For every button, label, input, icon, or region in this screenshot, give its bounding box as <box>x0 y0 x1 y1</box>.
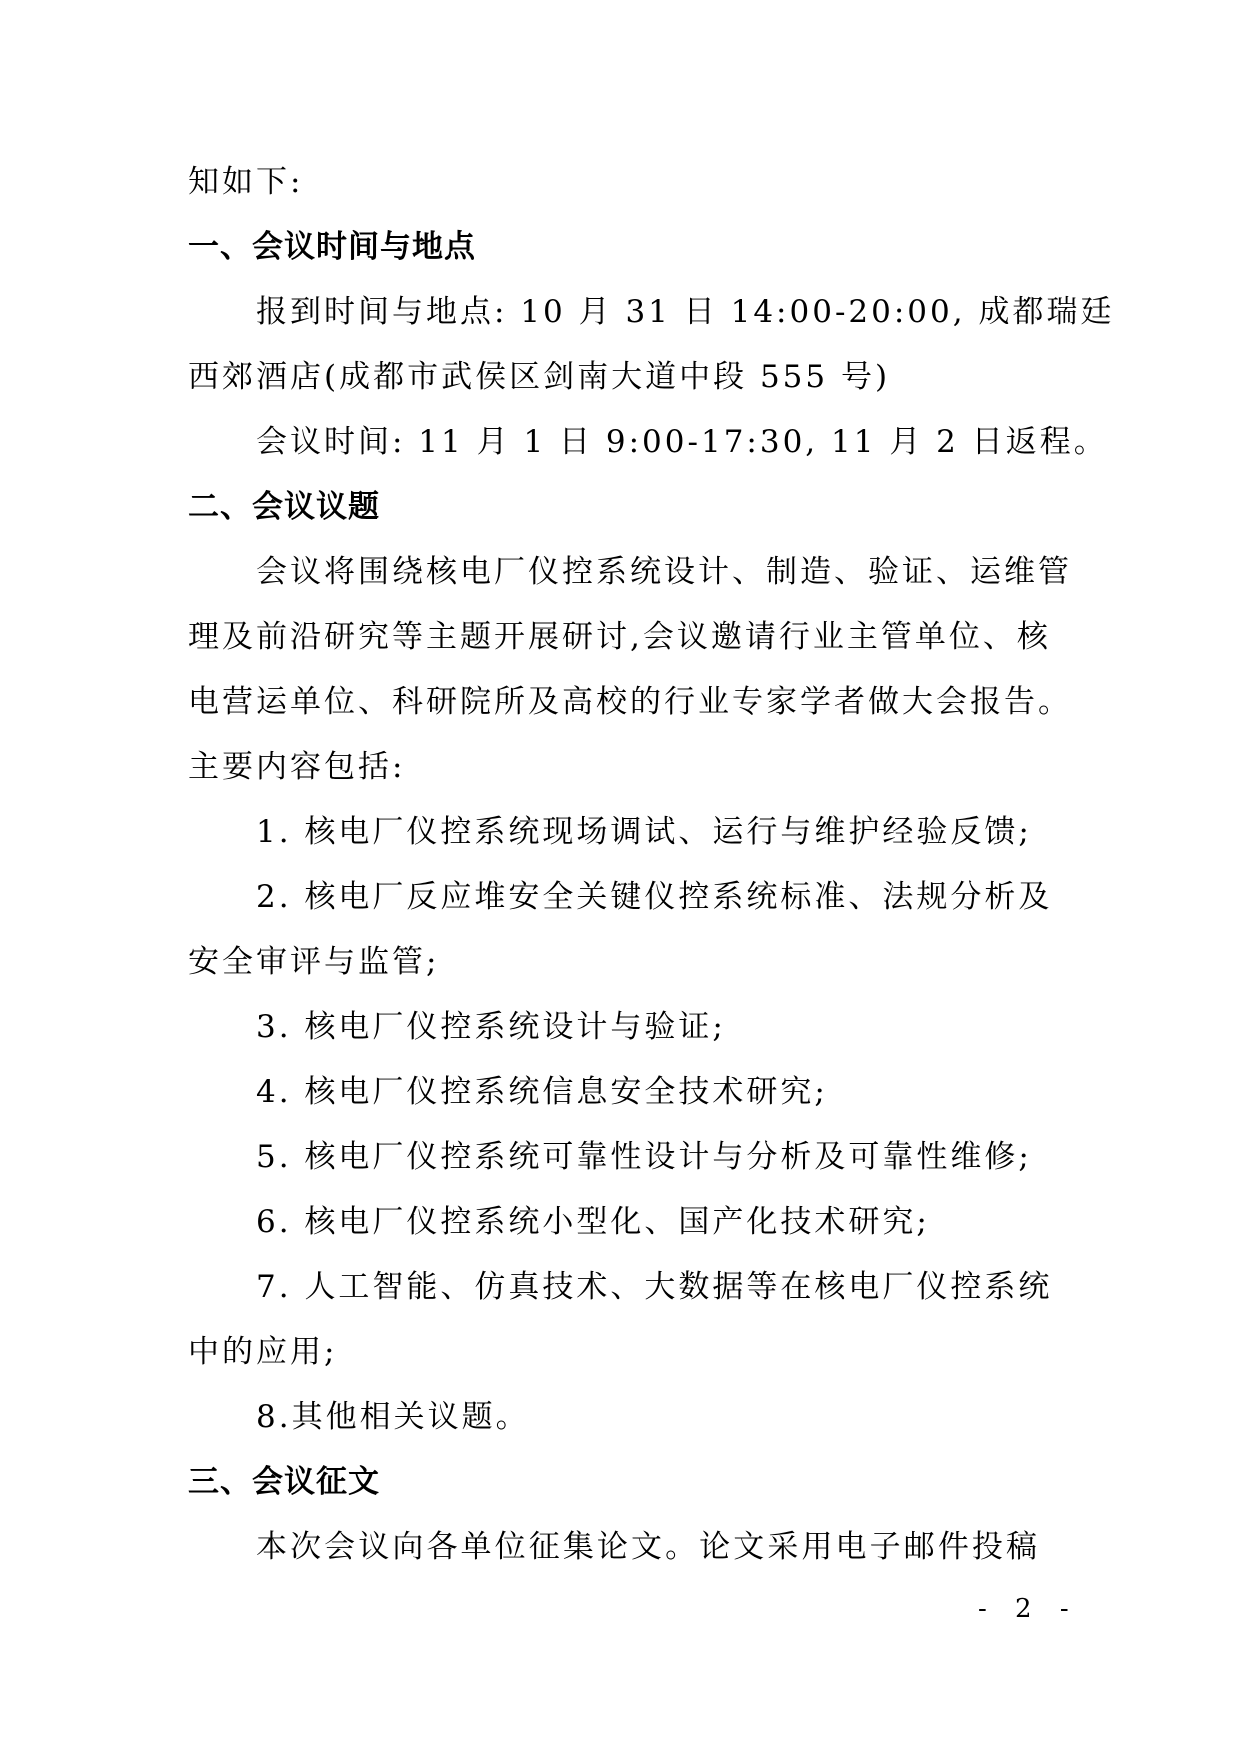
paragraph-meeting-time: 会议时间: 11 月 1 日 9:00-17:30, 11 月 2 日返程。 <box>188 420 1040 485</box>
topic-number: 7. <box>256 1269 292 1305</box>
topic-number: 6. <box>256 1204 292 1240</box>
topic-text: 核电厂反应堆安全关键仪控系统标准、法规分析及 <box>304 879 1052 915</box>
topic-number: 8. <box>256 1399 292 1435</box>
topic-number: 1. <box>256 814 292 850</box>
page-number: - 2 - <box>978 1594 1079 1624</box>
topic-text: 人工智能、仿真技术、大数据等在核电厂仪控系统 <box>304 1269 1052 1305</box>
topic-text: 其他相关议题。 <box>292 1399 530 1435</box>
topic-item-5: 5. 核电厂仪控系统可靠性设计与分析及可靠性维修; <box>188 1135 1040 1200</box>
paragraph-registration-line-2: 西郊酒店(成都市武侯区剑南大道中段 555 号) <box>188 355 1040 420</box>
paragraph-topics-line-4: 主要内容包括: <box>188 745 1040 810</box>
topic-number: 3. <box>256 1009 292 1045</box>
topic-item-4: 4. 核电厂仪控系统信息安全技术研究; <box>188 1070 1040 1135</box>
topic-item-7: 7. 人工智能、仿真技术、大数据等在核电厂仪控系统 <box>188 1265 1040 1330</box>
topic-text: 核电厂仪控系统可靠性设计与分析及可靠性维修; <box>304 1139 1031 1175</box>
topic-text: 核电厂仪控系统小型化、国产化技术研究; <box>304 1204 929 1240</box>
topic-item-2: 2. 核电厂反应堆安全关键仪控系统标准、法规分析及 <box>188 875 1040 940</box>
topic-item-7-continuation: 中的应用; <box>188 1330 1040 1395</box>
topic-item-2-continuation: 安全审评与监管; <box>188 940 1040 1005</box>
paragraph-topics-line-1: 会议将围绕核电厂仪控系统设计、制造、验证、运维管 <box>188 550 1040 615</box>
paragraph-topics-line-2: 理及前沿研究等主题开展研讨,会议邀请行业主管单位、核 <box>188 615 1040 680</box>
section-heading-call-for-papers: 三、会议征文 <box>188 1460 1040 1525</box>
intro-fragment: 知如下: <box>188 160 1040 225</box>
section-heading-time-location: 一、会议时间与地点 <box>188 225 1040 290</box>
topic-number: 5. <box>256 1139 292 1175</box>
section-heading-topics: 二、会议议题 <box>188 485 1040 550</box>
topic-text: 核电厂仪控系统设计与验证; <box>304 1009 725 1045</box>
paragraph-call-for-papers-line-1: 本次会议向各单位征集论文。论文采用电子邮件投稿 <box>188 1525 1040 1590</box>
topic-text: 核电厂仪控系统现场调试、运行与维护经验反馈; <box>304 814 1031 850</box>
topic-number: 4. <box>256 1074 292 1110</box>
topic-item-6: 6. 核电厂仪控系统小型化、国产化技术研究; <box>188 1200 1040 1265</box>
paragraph-registration-line-1: 报到时间与地点: 10 月 31 日 14:00-20:00, 成都瑞廷 <box>188 290 1040 355</box>
topic-item-8: 8.其他相关议题。 <box>188 1395 1040 1460</box>
topic-text: 核电厂仪控系统信息安全技术研究; <box>304 1074 827 1110</box>
document-page: 知如下: 一、会议时间与地点 报到时间与地点: 10 月 31 日 14:00-… <box>188 160 1040 1590</box>
topic-item-3: 3. 核电厂仪控系统设计与验证; <box>188 1005 1040 1070</box>
topic-number: 2. <box>256 879 292 915</box>
paragraph-topics-line-3: 电营运单位、科研院所及高校的行业专家学者做大会报告。 <box>188 680 1040 745</box>
topic-item-1: 1. 核电厂仪控系统现场调试、运行与维护经验反馈; <box>188 810 1040 875</box>
